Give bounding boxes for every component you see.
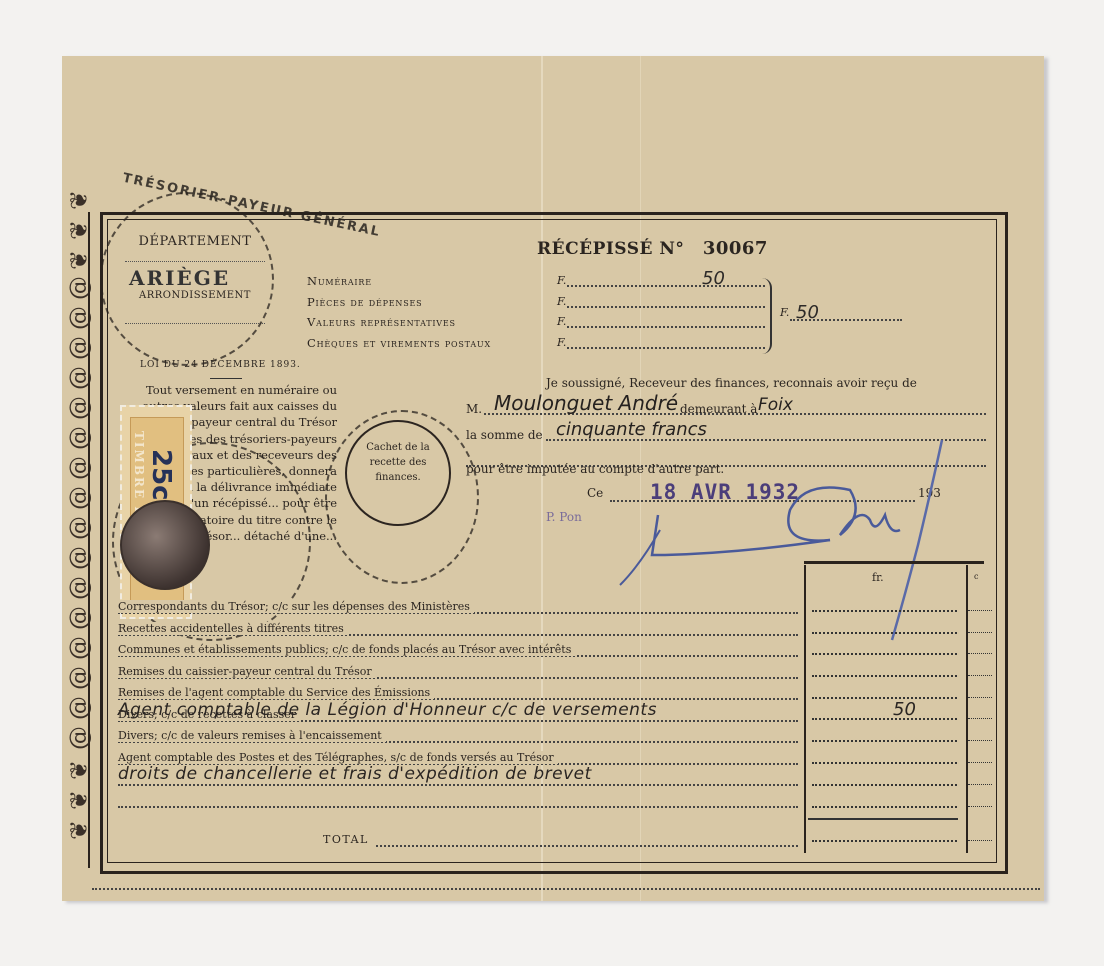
ledger-row-label: Recettes accidentelles à différents titr… <box>118 622 348 635</box>
amount-prefix: F. <box>557 295 566 308</box>
cents-line <box>968 784 992 785</box>
ledger-row: droits de chancellerie et frais d'expédi… <box>118 772 798 794</box>
cachet-text: Cachet de la recette des finances. <box>347 422 449 485</box>
amount-total-prefix: F. <box>780 306 789 319</box>
law-rule <box>210 378 242 379</box>
amount-line <box>812 610 957 612</box>
amount-column-box <box>804 565 968 853</box>
cents-line <box>968 740 992 741</box>
payer-row: M. Moulonguet André demeurant à Foix <box>466 396 986 422</box>
amount-line <box>812 740 957 742</box>
cents-line <box>968 762 992 763</box>
amount-prefix: F. <box>557 315 566 328</box>
ledger-row-label: Agent comptable des Postes et des Télégr… <box>118 751 558 764</box>
amounts-brace <box>762 278 772 354</box>
law-reference: LOI DU 24 DÉCEMBRE 1893. <box>140 360 301 370</box>
cents-line <box>968 806 992 807</box>
amount-label: Chèques et virements postaux <box>307 336 491 350</box>
amount-prefix: F. <box>557 274 566 287</box>
receipt-title-label: RÉCÉPISSÉ N° <box>537 239 684 259</box>
ledger-row: Correspondants du Trésor; c/c sur les dé… <box>118 600 798 622</box>
ledger-row: Divers; c/c de recettes à classerAgent c… <box>118 708 798 730</box>
ledger-spacer <box>118 815 798 833</box>
cachet-circle: Cachet de la recette des finances. <box>345 420 451 526</box>
cents-line <box>968 653 992 654</box>
cents-line <box>968 632 992 633</box>
cents-line <box>968 610 992 611</box>
postmark-circle-top <box>100 192 274 366</box>
ledger-row-label: Divers; c/c de valeurs remises à l'encai… <box>118 729 386 742</box>
total-rule <box>808 818 958 820</box>
ledger-total-label: TOTAL <box>323 833 373 846</box>
amount-line <box>812 762 957 764</box>
ledger-row: Communes et établissements publics; c/c … <box>118 643 798 665</box>
bottom-dotted-line <box>92 888 1040 890</box>
ledger-row-label: Remises de l'agent comptable du Service … <box>118 686 434 699</box>
stamp-medallion-icon <box>120 500 210 590</box>
ledger-row-label: Remises du caissier-payeur central du Tr… <box>118 665 376 678</box>
payer-prefix: M. <box>466 396 482 422</box>
amount-line <box>812 632 957 634</box>
amount-value: 50 <box>702 268 725 289</box>
amount-line <box>812 840 957 842</box>
ledger-row-label: Correspondants du Trésor; c/c sur les dé… <box>118 600 474 613</box>
cents-line <box>968 718 992 719</box>
ledger-row: Divers; c/c de valeurs remises à l'encai… <box>118 729 798 751</box>
receipt-number: 30067 <box>703 238 768 259</box>
amount-line <box>567 306 765 308</box>
amount-prefix: F. <box>557 336 566 349</box>
amount-line <box>567 326 765 328</box>
ledger-row: Remises du caissier-payeur central du Tr… <box>118 665 798 687</box>
ledger-total-row: TOTAL <box>118 833 798 855</box>
sum-label: la somme de <box>466 422 543 448</box>
amount-line <box>812 718 957 720</box>
ledger-row-label: Communes et établissements publics; c/c … <box>118 643 575 656</box>
ledger-row: Recettes accidentelles à différents titr… <box>118 622 798 644</box>
left-border-rule <box>88 212 90 868</box>
column-c-label: c <box>974 572 978 581</box>
cents-line <box>968 697 992 698</box>
amount-line <box>812 675 957 677</box>
amount-line <box>567 347 765 349</box>
amount-label: Numéraire <box>307 274 372 288</box>
amount-line <box>812 653 957 655</box>
column-fr-label: fr. <box>872 571 884 584</box>
amount-label: Valeurs représentatives <box>307 315 456 329</box>
payer-name-handwritten: Moulonguet André <box>494 390 678 416</box>
cents-line <box>968 675 992 676</box>
receipt-title: RÉCÉPISSÉ N° 30067 <box>537 238 768 259</box>
amount-line <box>812 806 957 808</box>
amount-total-value: 50 <box>796 302 819 323</box>
ledger-entry-value: 50 <box>893 699 916 720</box>
amount-line <box>812 784 957 786</box>
fiscal-stamp-value: 25c <box>146 449 176 501</box>
ledger-row <box>118 794 798 816</box>
residence-handwritten: Foix <box>758 392 793 418</box>
cents-line <box>968 840 992 841</box>
ledger-row-handwritten: droits de chancellerie et frais d'expédi… <box>118 764 592 784</box>
pp-stamp: P. Pon <box>546 510 582 524</box>
amount-label: Pièces de dépenses <box>307 295 422 309</box>
amount-column-top-rule <box>804 561 984 564</box>
ledger-section: Correspondants du Trésor; c/c sur les dé… <box>118 600 798 855</box>
amount-line <box>812 697 957 699</box>
ledger-row-handwritten: Agent comptable de la Légion d'Honneur c… <box>118 700 657 720</box>
amount-line <box>567 285 765 287</box>
